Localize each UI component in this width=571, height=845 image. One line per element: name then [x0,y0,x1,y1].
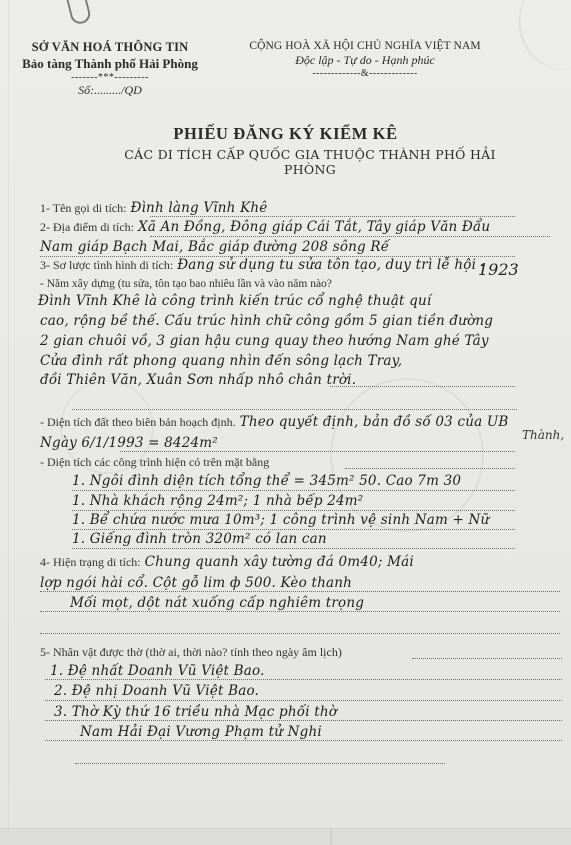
dotted-line [120,451,515,452]
field-location-value-line2: Nam giáp Bạch Mai, Bắc giáp đường 208 sô… [40,239,389,255]
field-building-area-label: - Diện tích các công trình hiện có trên … [40,455,269,469]
page-bottom-edge [0,828,571,845]
field-land-area: - Diện tích đất theo biên bản hoạch định… [40,413,509,435]
dotted-line [72,409,517,410]
page-bottom-split [330,828,332,845]
construction-desc-text: Đình Vĩnh Khê là công trình kiến trúc cổ… [38,293,431,309]
field-name-label: 1- Tên gọi di tích: [40,201,126,215]
construction-desc-line: đồi Thiên Văn, Xuân Sơn nhấp nhô chân tr… [40,371,356,393]
country-name: CỘNG HOÀ XÃ HỘI CHỦ NGHĨA VIỆT NAM [220,40,510,52]
field-condition-value-line3: Mối mọt, dột nát xuống cấp nghiêm trọng [70,595,364,611]
construction-desc-text: Cửa đình rất phong quang nhìn đến sông l… [40,353,402,369]
field-name-value: Đình làng Vĩnh Khê [130,200,267,216]
dotted-line [45,679,562,680]
construction-desc-line: cao, rộng bề thế. Cấu trúc hình chữ công… [40,312,493,334]
field-land-area-label: - Diện tích đất theo biên bản hoạch định… [40,415,236,429]
worship-item: 1. Đệ nhất Doanh Vũ Việt Bao. [50,662,265,684]
dotted-line [40,591,560,592]
construction-desc-text: cao, rộng bề thế. Cấu trúc hình chữ công… [40,313,493,329]
header-right-divider: -------------&------------- [220,68,510,79]
worship-item: 3. Thờ Kỳ thứ 16 triều nhà Mạc phối thờ [54,703,337,725]
page-curl [506,0,571,81]
field-condition-line2: lợp ngói hài cổ. Cột gỗ lim ф 500. Kèo t… [40,574,352,596]
document-number: Số:........./QD [0,83,220,98]
construction-year: 1923 [478,260,519,279]
dotted-line [75,763,445,764]
field-construction-label: - Năm xây dựng (tu sửa, tôn tạo bao nhiê… [40,278,332,290]
department-name: SỞ VĂN HOÁ THÔNG TIN [0,40,220,55]
header-left-divider: -------***--------- [0,72,220,83]
dotted-line [72,548,515,549]
header-right: CỘNG HOÀ XÃ HỘI CHỦ NGHĨA VIỆT NAM Độc l… [220,40,510,79]
field-condition-line3: Mối mọt, dột nát xuống cấp nghiêm trọng [70,594,364,616]
field-location-value: Xã An Đồng, Đông giáp Cái Tắt, Tây giáp … [138,219,490,235]
national-motto: Độc lập - Tự do - Hạnh phúc [220,53,510,68]
field-land-area-value: Theo quyết định, bản đồ số 03 của UB [240,414,509,430]
field-condition-value-line2: lợp ngói hài cổ. Cột gỗ lim ф 500. Kèo t… [40,575,352,591]
field-condition-value: Chung quanh xây tường đá 0m40; Mái [145,554,414,570]
worship-item-text: Nam Hải Đại Vương Phạm tử Nghi [80,724,322,740]
page-subtitle: CÁC DI TÍCH CẤP QUỐC GIA THUỘC THÀNH PHỐ… [100,147,520,177]
building-item-text: 1. Nhà khách rộng 24m²; 1 nhà bếp 24m² [72,493,363,509]
page-title: PHIẾU ĐĂNG KÝ KIỂM KÊ [0,124,571,144]
construction-desc-line: 2 gian chuôi vồ, 3 gian hậu cung quay th… [40,332,489,354]
construction-desc-text: đồi Thiên Văn, Xuân Sơn nhấp nhô chân tr… [40,372,356,388]
dotted-line [330,386,515,387]
field-land-area-value-line2: Ngày 6/1/1993 = 8424m² [40,435,218,451]
dotted-line [412,658,562,659]
worship-item-text: 3. Thờ Kỳ thứ 16 triều nhà Mạc phối thờ [54,704,337,720]
field-location-label: 2- Địa điểm di tích: [40,220,134,234]
dotted-line [150,236,550,237]
field-condition: 4- Hiện trạng di tích: Chung quanh xây t… [40,553,414,575]
dotted-line [40,633,560,634]
field-condition-label: 4- Hiện trạng di tích: [40,555,141,569]
building-item-text: 1. Bể chứa nước mưa 10m³; 1 công trình v… [72,512,489,528]
field-overview-value: Đang sử dụng tu sửa tôn tạo, duy trì lễ … [177,257,485,273]
worship-item-text: 2. Đệ nhị Doanh Vũ Việt Bao. [54,683,259,699]
organization-name: Bảo tàng Thành phố Hải Phòng [0,56,220,72]
construction-desc-text: 2 gian chuôi vồ, 3 gian hậu cung quay th… [40,333,489,349]
field-overview-label: 3- Sơ lược tình hình di tích: [40,258,173,272]
dotted-line [72,490,515,491]
worship-item: Nam Hải Đại Vương Phạm tử Nghi [80,723,322,745]
land-area-margin-note: Thành, [522,428,564,442]
dotted-line [345,468,515,469]
worship-item-text: 1. Đệ nhất Doanh Vũ Việt Bao. [50,663,265,679]
building-item-text: 1. Ngôi đình diện tích tổng thể = 345m² … [72,473,461,489]
dotted-line [45,700,562,701]
building-item-text: 1. Giếng đình tròn 320m² có lan can [72,531,327,547]
dotted-line [45,740,562,741]
dotted-line [150,216,515,217]
scanned-document-page: SỞ VĂN HOÁ THÔNG TIN Bảo tàng Thành phố … [0,0,571,845]
header-left: SỞ VĂN HOÁ THÔNG TIN Bảo tàng Thành phố … [0,40,220,98]
paper-clip-icon [64,0,93,26]
dotted-line [45,720,562,721]
construction-desc-line: Đình Vĩnh Khê là công trình kiến trúc cổ… [38,292,431,314]
field-worship-label: 5- Nhân vật được thờ (thờ ai, thời nào? … [40,645,342,659]
dotted-line [40,611,560,612]
